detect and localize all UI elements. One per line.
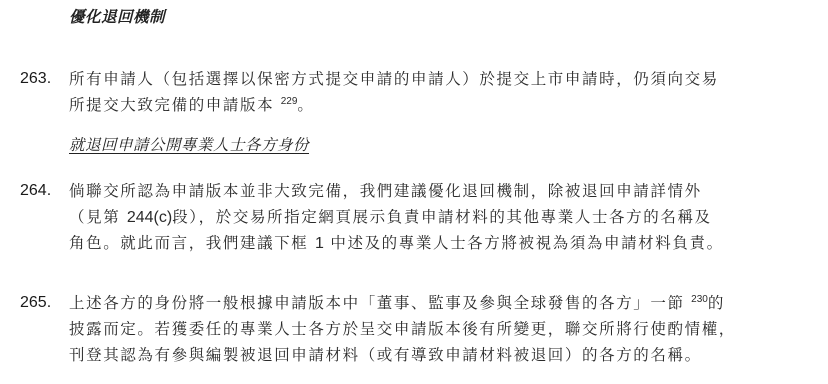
subsection-heading: 就退回申請公開專業人士各方身份 (69, 135, 309, 155)
paragraph-line: 倘聯交所認為申請版本並非大致完備，我們建議優化退回機制，除被退回申請詳情外 (69, 178, 724, 204)
line-text: 上述各方的身份將一般根據申請版本中「董事、監事及參與全球發售的各方」一節 (69, 294, 691, 312)
paragraph-number: 264. (20, 178, 51, 204)
box-reference: 1 (315, 235, 324, 252)
paragraph-line: 刊登其認為有參與編製被退回申請材料（或有導致申請材料被退回）的各方的名稱。 (69, 342, 736, 368)
paragraph-line: （見第 244(c)段），於交易所指定網頁展示負責申請材料的其他專業人士各方的名… (69, 204, 724, 230)
footnote-ref[interactable]: 229 (281, 96, 298, 107)
footnote-ref[interactable]: 230 (691, 294, 708, 305)
paragraph-number: 263. (20, 66, 51, 92)
line-text: （見第 (69, 208, 127, 226)
paragraph-line: 所有申請人（包括選擇以保密方式提交申請的申請人）於提交上市申請時，仍須向交易 (69, 66, 719, 92)
paragraph-number: 265. (20, 290, 51, 316)
line-text: 中述及的專業人士各方將被視為須為申請材料負責。 (324, 234, 724, 252)
paragraph-reference: 244(c) (127, 209, 172, 226)
line-text: 的 (708, 294, 725, 312)
paragraph-line: 披露而定。若獲委任的專業人士各方於呈交申請版本後有所變更，聯交所將行使酌情權， (69, 316, 736, 342)
paragraph-line: 上述各方的身份將一般根據申請版本中「董事、監事及參與全球發售的各方」一節 230… (69, 290, 736, 316)
line-text: 角色。就此而言，我們建議下框 (69, 234, 315, 252)
paragraph-line: 所提交大致完備的申請版本 229。 (69, 92, 719, 118)
line-text: 所提交大致完備的申請版本 (69, 96, 281, 114)
paragraph-body: 所有申請人（包括選擇以保密方式提交申請的申請人）於提交上市申請時，仍須向交易 所… (69, 66, 719, 118)
document-page: 優化退回機制 263. 所有申請人（包括選擇以保密方式提交申請的申請人）於提交上… (0, 0, 828, 384)
paragraph-line: 角色。就此而言，我們建議下框 1 中述及的專業人士各方將被視為須為申請材料負責。 (69, 230, 724, 256)
section-heading: 優化退回機制 (69, 7, 165, 27)
paragraph-body: 上述各方的身份將一般根據申請版本中「董事、監事及參與全球發售的各方」一節 230… (69, 290, 736, 368)
line-text: 。 (297, 96, 314, 114)
line-text: 段），於交易所指定網頁展示負責申請材料的其他專業人士各方的名稱及 (172, 208, 711, 226)
paragraph-body: 倘聯交所認為申請版本並非大致完備，我們建議優化退回機制，除被退回申請詳情外 （見… (69, 178, 724, 256)
